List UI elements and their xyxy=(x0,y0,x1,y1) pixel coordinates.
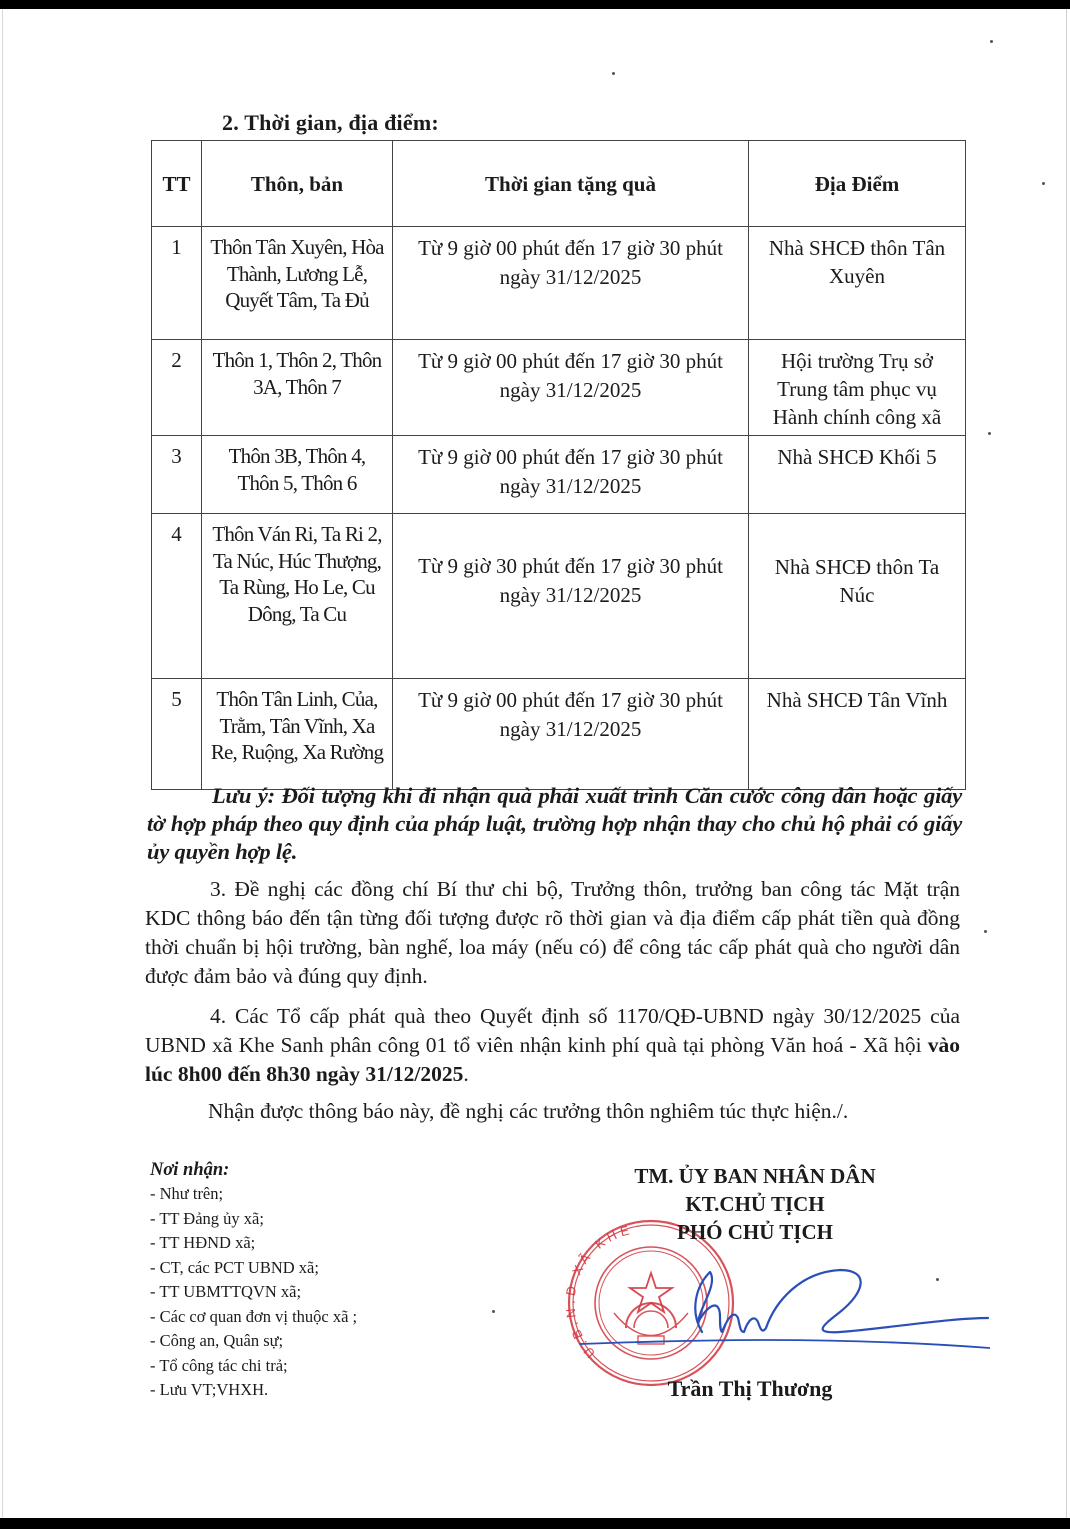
header-villages: Thôn, bản xyxy=(202,141,393,227)
cell-location: Nhà SHCĐ thôn Tân Xuyên xyxy=(749,227,966,340)
paragraph-4-end: . xyxy=(463,1062,468,1086)
cell-villages: Thôn 1, Thôn 2, Thôn 3A, Thôn 7 xyxy=(202,340,393,436)
list-item: - TT UBMTTQVN xã; xyxy=(150,1280,357,1305)
cell-tt: 5 xyxy=(152,679,202,790)
cell-villages: Thôn Tân Linh, Của, Trằm, Tân Vĩnh, Xa R… xyxy=(202,679,393,790)
cell-time: Từ 9 giờ 00 phút đến 17 giờ 30 phút ngày… xyxy=(393,340,749,436)
signature-org: TM. ỦY BAN NHÂN DÂN xyxy=(580,1162,930,1190)
scan-speck xyxy=(936,1278,939,1281)
table-row: 1 Thôn Tân Xuyên, Hòa Thành, Lương Lễ, Q… xyxy=(152,227,966,340)
cell-time: Từ 9 giờ 30 phút đến 17 giờ 30 phút ngày… xyxy=(393,514,749,679)
page-edge-left xyxy=(2,9,3,1518)
list-item: - Tổ công tác chi trả; xyxy=(150,1354,357,1379)
cell-villages: Thôn Tân Xuyên, Hòa Thành, Lương Lễ, Quy… xyxy=(202,227,393,340)
recipients-list: - Như trên; - TT Đảng ủy xã; - TT HĐND x… xyxy=(150,1182,357,1403)
signature-position: PHÓ CHỦ TỊCH xyxy=(580,1218,930,1246)
header-location: Địa Điểm xyxy=(749,141,966,227)
header-tt: TT xyxy=(152,141,202,227)
table-row: 2 Thôn 1, Thôn 2, Thôn 3A, Thôn 7 Từ 9 g… xyxy=(152,340,966,436)
list-item: - Lưu VT;VHXH. xyxy=(150,1378,357,1403)
cell-location: Nhà SHCĐ Khối 5 xyxy=(749,436,966,514)
page-edge-right xyxy=(1066,9,1067,1518)
list-item: - Các cơ quan đơn vị thuộc xã ; xyxy=(150,1305,357,1330)
table-row: 4 Thôn Ván Ri, Ta Ri 2, Ta Núc, Húc Thượ… xyxy=(152,514,966,679)
list-item: - Như trên; xyxy=(150,1182,357,1207)
recipients-title: Nơi nhận: xyxy=(150,1158,357,1182)
closing-paragraph: Nhận được thông báo này, đề nghị các trư… xyxy=(145,1097,960,1126)
cell-location: Nhà SHCĐ thôn Ta Núc xyxy=(749,514,966,679)
handwritten-signature-icon xyxy=(570,1262,990,1372)
note-paragraph: Lưu ý: Đối tượng khi đi nhận quà phải xu… xyxy=(147,782,962,866)
cell-tt: 1 xyxy=(152,227,202,340)
table-row: 3 Thôn 3B, Thôn 4, Thôn 5, Thôn 6 Từ 9 g… xyxy=(152,436,966,514)
cell-time: Từ 9 giờ 00 phút đến 17 giờ 30 phút ngày… xyxy=(393,679,749,790)
cell-time: Từ 9 giờ 00 phút đến 17 giờ 30 phút ngày… xyxy=(393,227,749,340)
scan-speck xyxy=(1042,182,1045,185)
scan-speck xyxy=(990,40,993,43)
scan-speck xyxy=(988,432,991,435)
bottom-border xyxy=(0,1518,1070,1529)
cell-tt: 2 xyxy=(152,340,202,436)
list-item: - TT HĐND xã; xyxy=(150,1231,357,1256)
paragraph-3: 3. Đề nghị các đồng chí Bí thư chi bộ, T… xyxy=(145,875,960,991)
cell-location: Hội trường Trụ sở Trung tâm phục vụ Hành… xyxy=(749,340,966,436)
distribution-schedule-table: TT Thôn, bản Thời gian tặng quà Địa Điểm… xyxy=(151,140,966,790)
list-item: - Công an, Quân sự; xyxy=(150,1329,357,1354)
table-row: 5 Thôn Tân Linh, Của, Trằm, Tân Vĩnh, Xa… xyxy=(152,679,966,790)
cell-villages: Thôn Ván Ri, Ta Ri 2, Ta Núc, Húc Thượng… xyxy=(202,514,393,679)
cell-villages: Thôn 3B, Thôn 4, Thôn 5, Thôn 6 xyxy=(202,436,393,514)
scan-speck xyxy=(984,930,987,933)
section-title: 2. Thời gian, địa điểm: xyxy=(222,110,439,136)
list-item: - TT Đảng ủy xã; xyxy=(150,1207,357,1232)
cell-location: Nhà SHCĐ Tân Vĩnh xyxy=(749,679,966,790)
list-item: - CT, các PCT UBND xã; xyxy=(150,1256,357,1281)
recipients-block: Nơi nhận: - Như trên; - TT Đảng ủy xã; -… xyxy=(150,1158,357,1403)
scan-speck xyxy=(612,72,615,75)
scan-speck xyxy=(492,1310,495,1313)
paragraph-4-text: 4. Các Tổ cấp phát quà theo Quyết định s… xyxy=(145,1004,960,1057)
cell-tt: 3 xyxy=(152,436,202,514)
top-border xyxy=(0,0,1070,9)
paragraph-4: 4. Các Tổ cấp phát quà theo Quyết định s… xyxy=(145,1002,960,1089)
signer-name: Trần Thị Thương xyxy=(600,1376,900,1402)
cell-time: Từ 9 giờ 00 phút đến 17 giờ 30 phút ngày… xyxy=(393,436,749,514)
header-time: Thời gian tặng quà xyxy=(393,141,749,227)
cell-tt: 4 xyxy=(152,514,202,679)
signature-block: TM. ỦY BAN NHÂN DÂN KT.CHỦ TỊCH PHÓ CHỦ … xyxy=(580,1162,930,1246)
table-header-row: TT Thôn, bản Thời gian tặng quà Địa Điểm xyxy=(152,141,966,227)
signature-authority: KT.CHỦ TỊCH xyxy=(580,1190,930,1218)
